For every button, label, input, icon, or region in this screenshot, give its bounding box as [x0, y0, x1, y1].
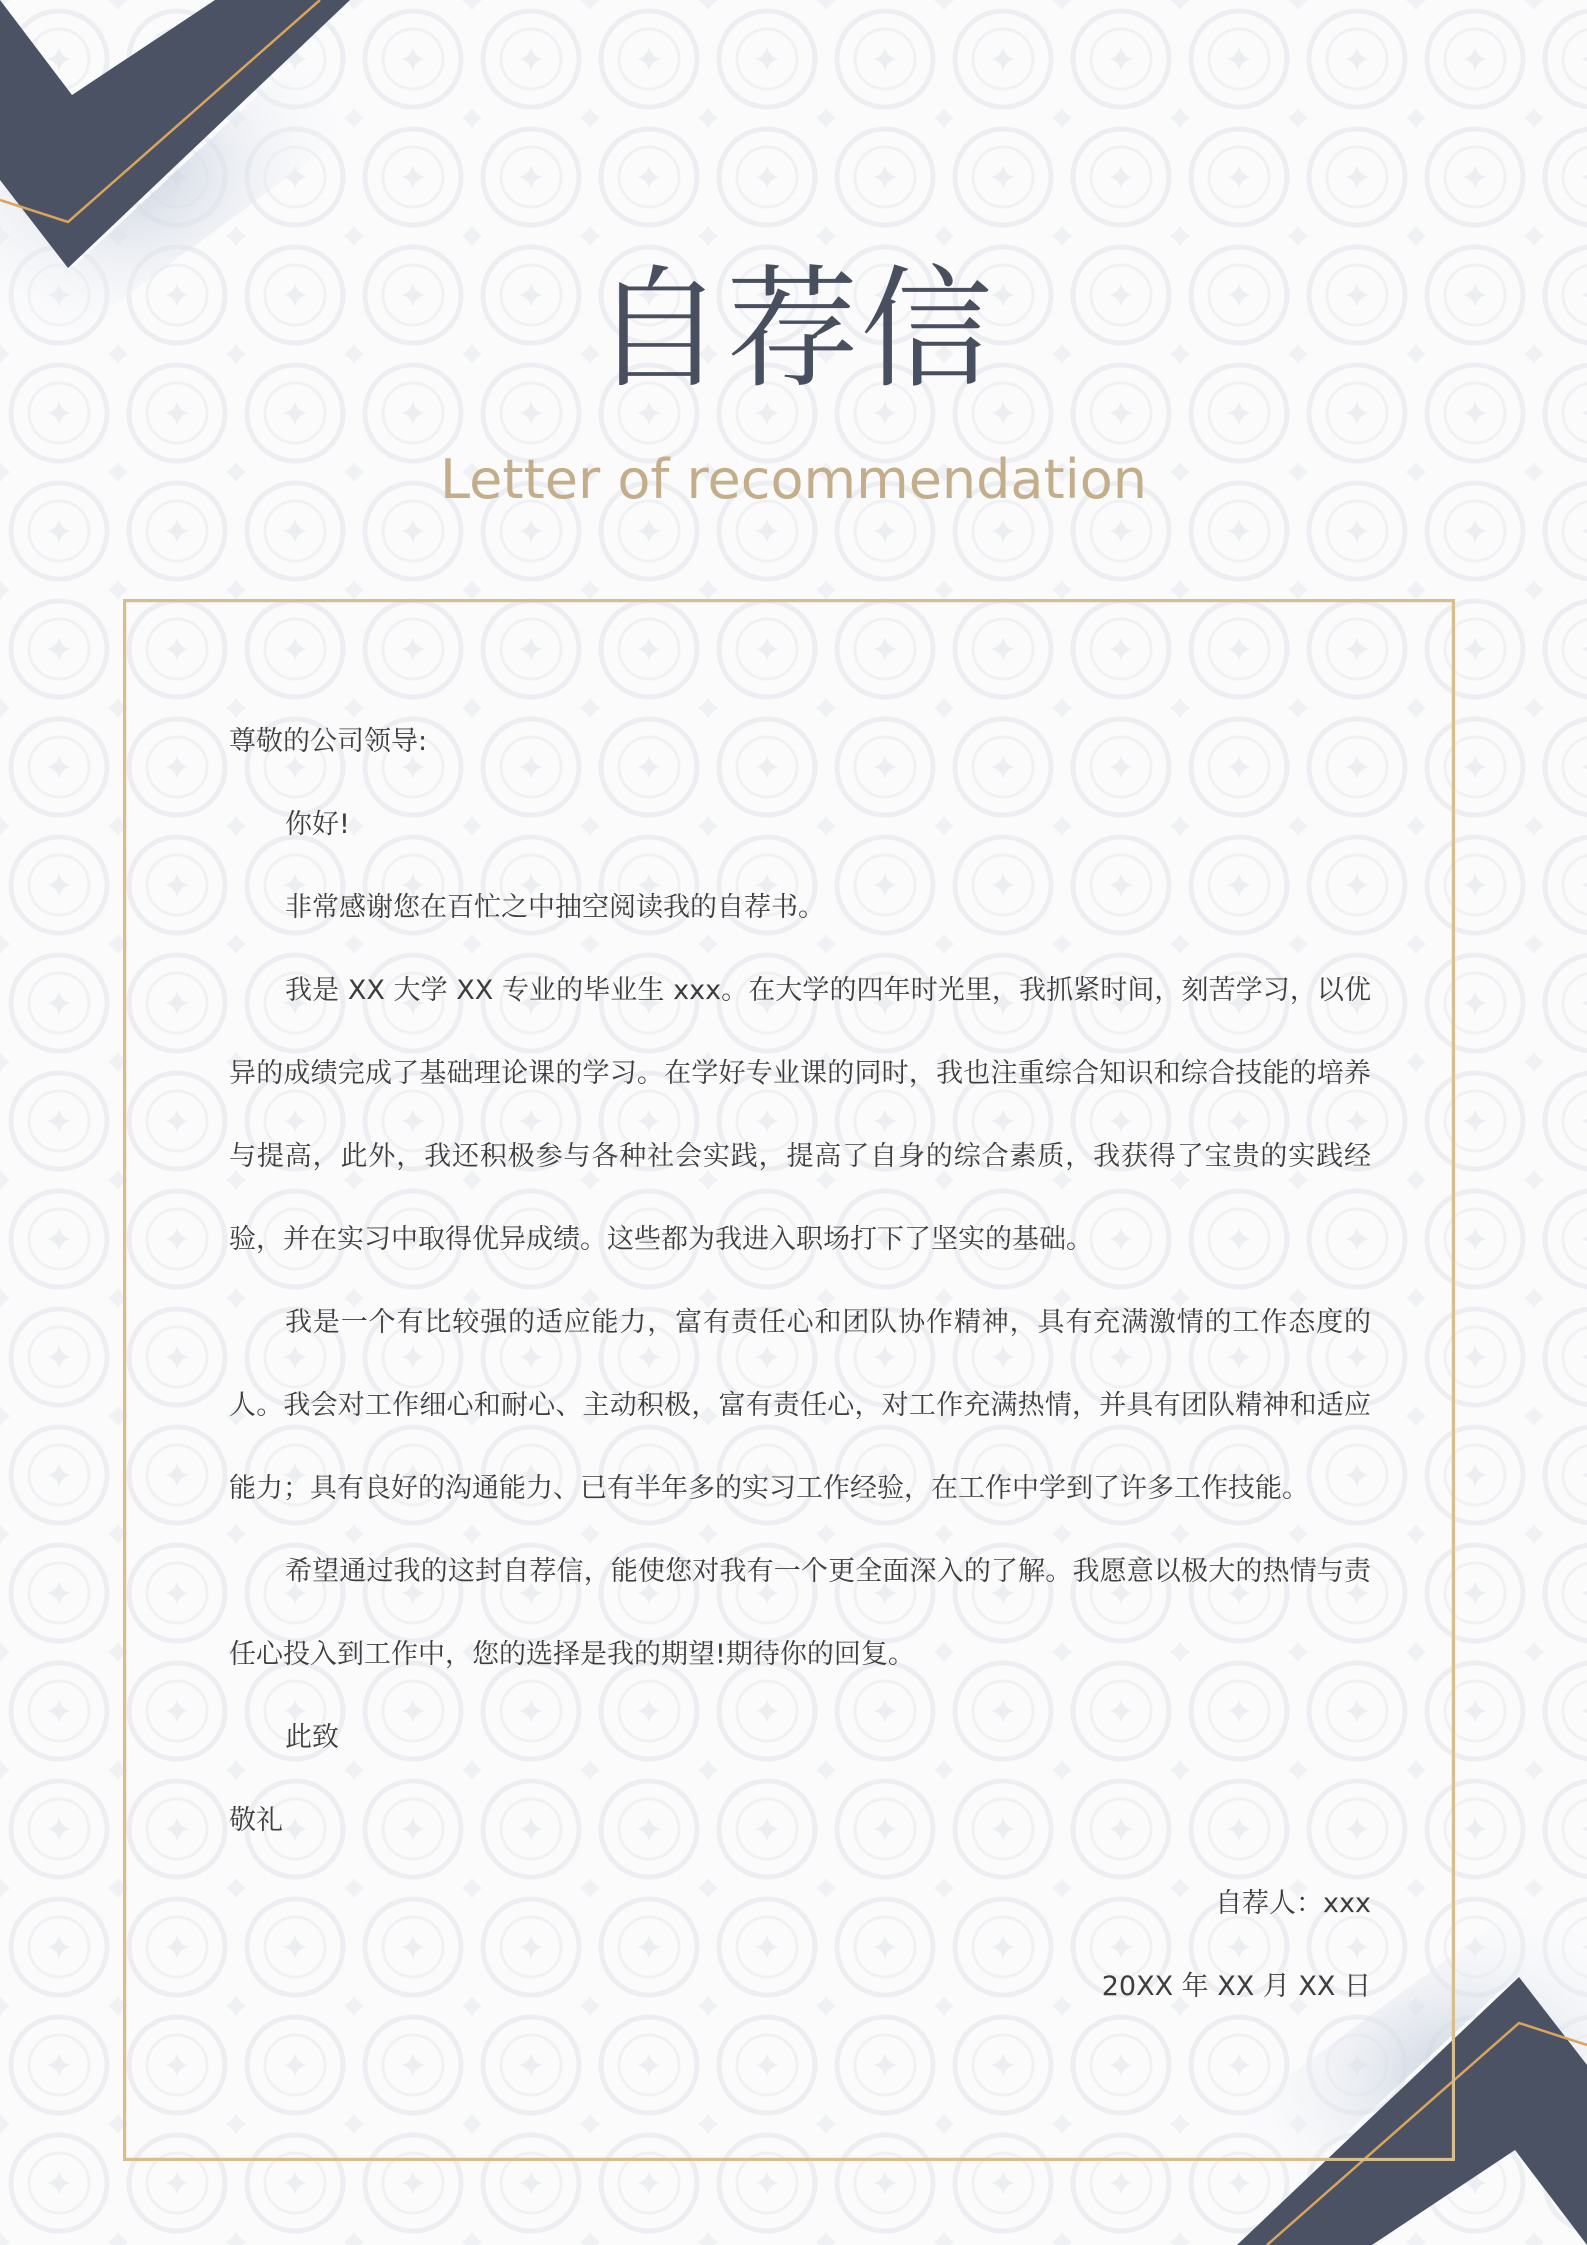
greeting: 你好!: [229, 783, 1371, 866]
closing-line-2: 敬礼: [229, 1779, 1371, 1862]
letter-body: 尊敬的公司领导: 你好! 非常感谢您在百忙之中抽空阅读我的自荐书。 我是 XX …: [229, 700, 1371, 2028]
paragraph: 我是 XX 大学 XX 专业的毕业生 xxx。在大学的四年时光里，我抓紧时间，刻…: [229, 949, 1371, 1281]
signature: 自荐人：xxx: [229, 1862, 1371, 1945]
salutation: 尊敬的公司领导:: [229, 700, 1371, 783]
date: 20XX 年 XX 月 XX 日: [229, 1945, 1371, 2028]
page-subtitle: Letter of recommendation: [0, 448, 1587, 512]
paragraph: 非常感谢您在百忙之中抽空阅读我的自荐书。: [229, 866, 1371, 949]
paragraph: 我是一个有比较强的适应能力，富有责任心和团队协作精神，具有充满激情的工作态度的人…: [229, 1281, 1371, 1530]
page-title: 自荐信: [0, 255, 1587, 405]
closing-line-1: 此致: [229, 1696, 1371, 1779]
paragraph: 希望通过我的这封自荐信，能使您对我有一个更全面深入的了解。我愿意以极大的热情与责…: [229, 1530, 1371, 1696]
